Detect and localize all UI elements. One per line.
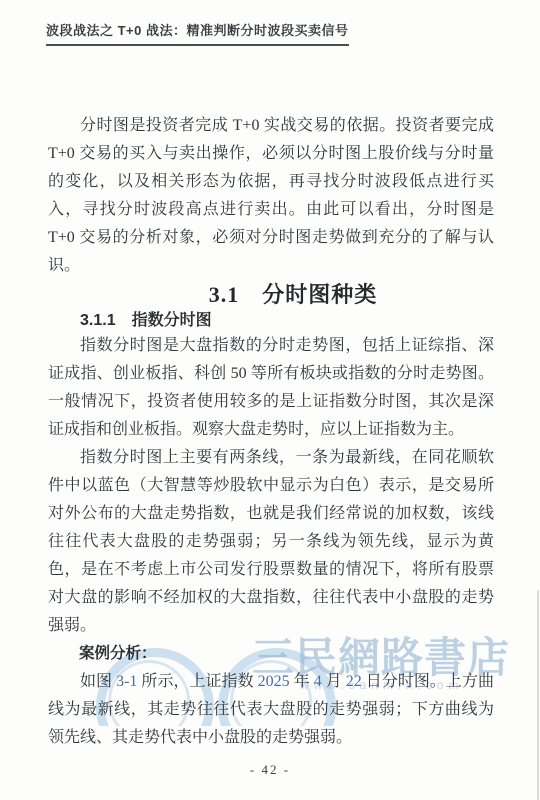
book-page: 波段战法之 T+0 战法：精准判断分时波段买卖信号 三民網路書店 www.san… — [0, 0, 540, 800]
paragraph-index-charts: 指数分时图是大盘指数的分时走势图，包括上证综指、深证成指、创业板指、科创 50 … — [48, 332, 494, 444]
subsection-title: 3.1.1 指数分时图 — [48, 310, 494, 332]
running-head: 波段战法之 T+0 战法：精准判断分时波段买卖信号 — [46, 20, 349, 46]
paragraph-intro: 分时图是投资者完成 T+0 实战交易的依据。投资者要完成 T+0 交易的买入与卖… — [48, 112, 494, 280]
page-number: - 42 - — [0, 762, 540, 778]
case-analysis-label: 案例分析： — [48, 640, 494, 668]
paragraph-two-lines: 指数分时图上主要有两条线，一条为最新线，在同花顺软件中以蓝色（大智慧等炒股软中显… — [48, 444, 494, 640]
section-title: 3.1 分时图种类 — [48, 280, 494, 310]
body-column: 分时图是投资者完成 T+0 实战交易的依据。投资者要完成 T+0 交易的买入与卖… — [48, 112, 494, 752]
paragraph-case: 如图 3-1 所示，上证指数 2025 年 4 月 22 日分时图。上方曲线为最… — [48, 668, 494, 752]
